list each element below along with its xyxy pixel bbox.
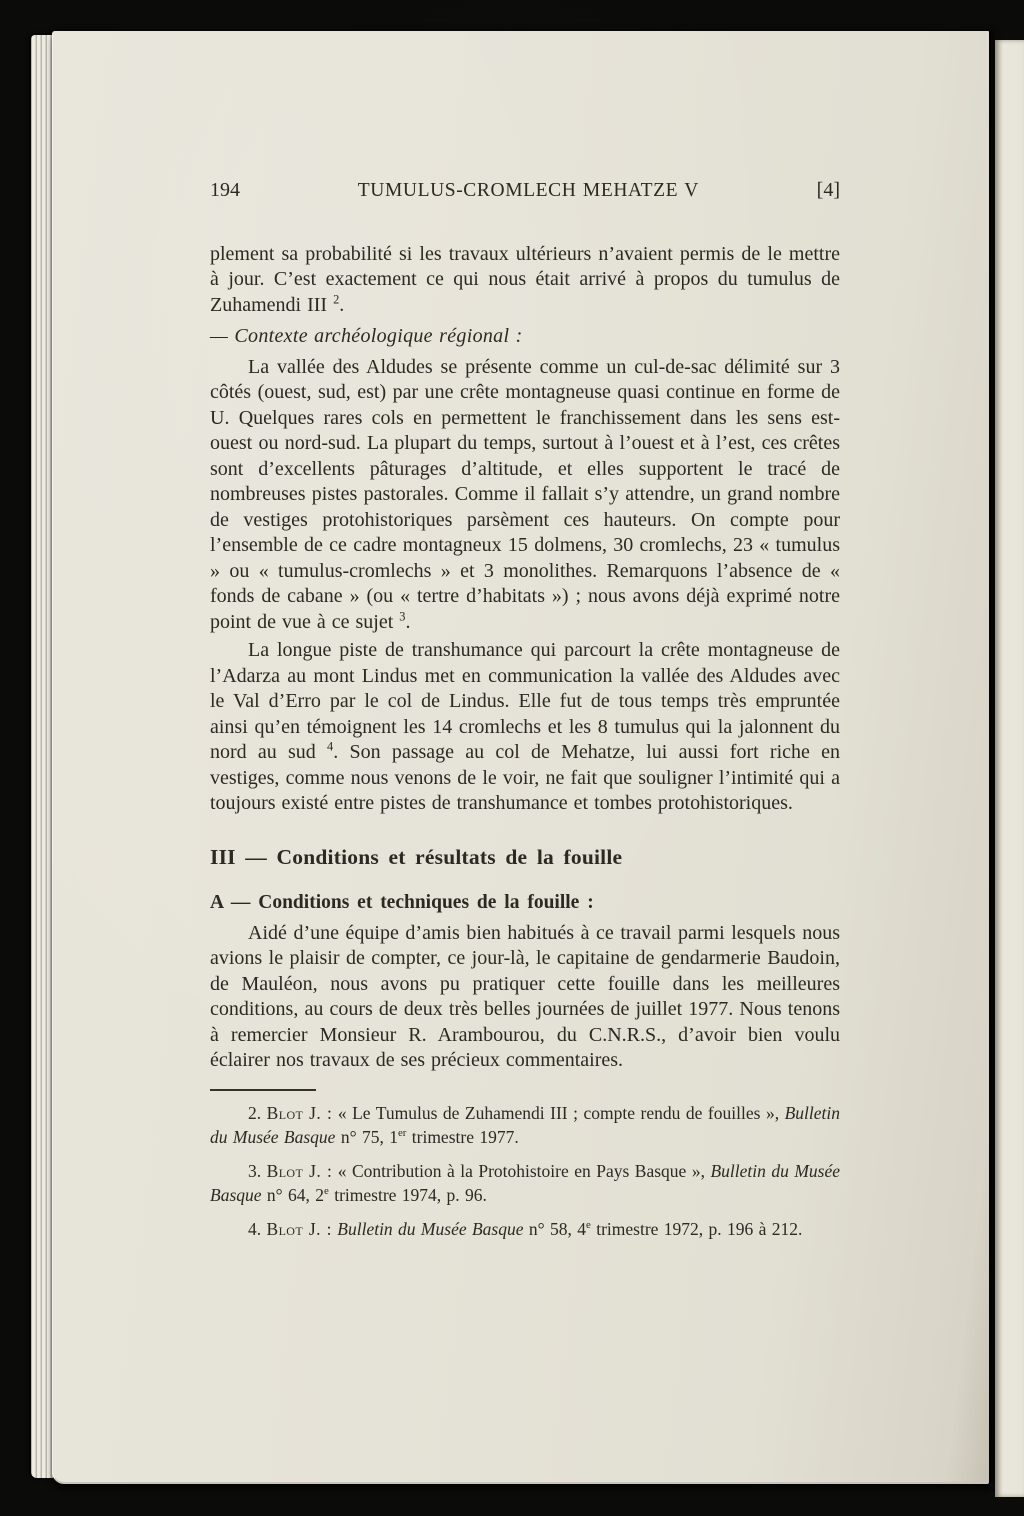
- opening-paragraph: plement sa probabilité si les travaux ul…: [210, 242, 840, 319]
- footnote-4: 4. Blot J. : Bulletin du Musée Basque n°…: [210, 1217, 840, 1242]
- footnote-text: « Le Tumulus de Zuhamendi III ; compte r…: [338, 1103, 785, 1123]
- footnote-text: n° 75, 1: [335, 1127, 398, 1147]
- footnote-text: trimestre 1972, p. 196 à 212.: [591, 1219, 803, 1239]
- footnotes-block: 2. Blot J. : « Le Tumulus de Zuhamendi I…: [210, 1101, 840, 1242]
- page-header: 194 TUMULUS-CROMLECH MEHATZE V [4]: [210, 178, 840, 204]
- section-heading: III — Conditions et résultats de la foui…: [210, 844, 840, 870]
- footnote-text: n° 58, 4: [524, 1219, 587, 1239]
- page-number: 194: [210, 178, 240, 204]
- paragraph-text: Aidé d’une équipe d’amis bien habitués à…: [210, 922, 840, 1072]
- book-page: 194 TUMULUS-CROMLECH MEHATZE V [4] pleme…: [52, 31, 989, 1484]
- italic-subheading: — Contexte archéologique régional :: [210, 324, 840, 350]
- running-title: TUMULUS-CROMLECH MEHATZE V: [358, 178, 699, 204]
- book-photo-background: 194 TUMULUS-CROMLECH MEHATZE V [4] pleme…: [0, 0, 1024, 1516]
- adjacent-page-sliver: [995, 40, 1024, 1497]
- journal-title: Bulletin du Musée Basque: [337, 1219, 523, 1239]
- footnote-3: 3. Blot J. : « Contribution à la Protohi…: [210, 1159, 840, 1208]
- paragraph-text: .: [339, 294, 344, 316]
- transhumance-paragraph: La longue piste de transhumance qui parc…: [210, 638, 840, 817]
- page-stack-edges: [31, 35, 53, 1478]
- footnote-number: 2.: [248, 1103, 261, 1123]
- regional-context-paragraph: La vallée des Aldudes se présente comme …: [210, 355, 840, 636]
- subsection-heading: A — Conditions et techniques de la fouil…: [210, 891, 840, 915]
- text-block: 194 TUMULUS-CROMLECH MEHATZE V [4] pleme…: [210, 178, 840, 1241]
- footnote-text: « Contribution à la Protohistoire en Pay…: [338, 1161, 711, 1181]
- footnote-author: Blot J. :: [267, 1161, 333, 1181]
- footnote-author: Blot J. :: [267, 1103, 333, 1123]
- conditions-paragraph: Aidé d’une équipe d’amis bien habitués à…: [210, 921, 840, 1074]
- footnote-text: trimestre 1977.: [406, 1127, 518, 1147]
- footnote-text: trimestre 1974, p. 96.: [329, 1185, 487, 1205]
- paragraph-text: .: [405, 611, 410, 633]
- footnote-author: Blot J. :: [267, 1219, 332, 1239]
- footnote-2: 2. Blot J. : « Le Tumulus de Zuhamendi I…: [210, 1101, 840, 1150]
- footnote-number: 3.: [248, 1161, 261, 1181]
- footnote-rule: [210, 1089, 316, 1091]
- bracket-ref: [4]: [817, 178, 840, 204]
- paragraph-text: plement sa probabilité si les travaux ul…: [210, 243, 840, 316]
- paragraph-text: La vallée des Aldudes se présente comme …: [210, 356, 840, 633]
- footnote-number: 4.: [248, 1219, 261, 1239]
- footnote-text: n° 64, 2: [262, 1185, 325, 1205]
